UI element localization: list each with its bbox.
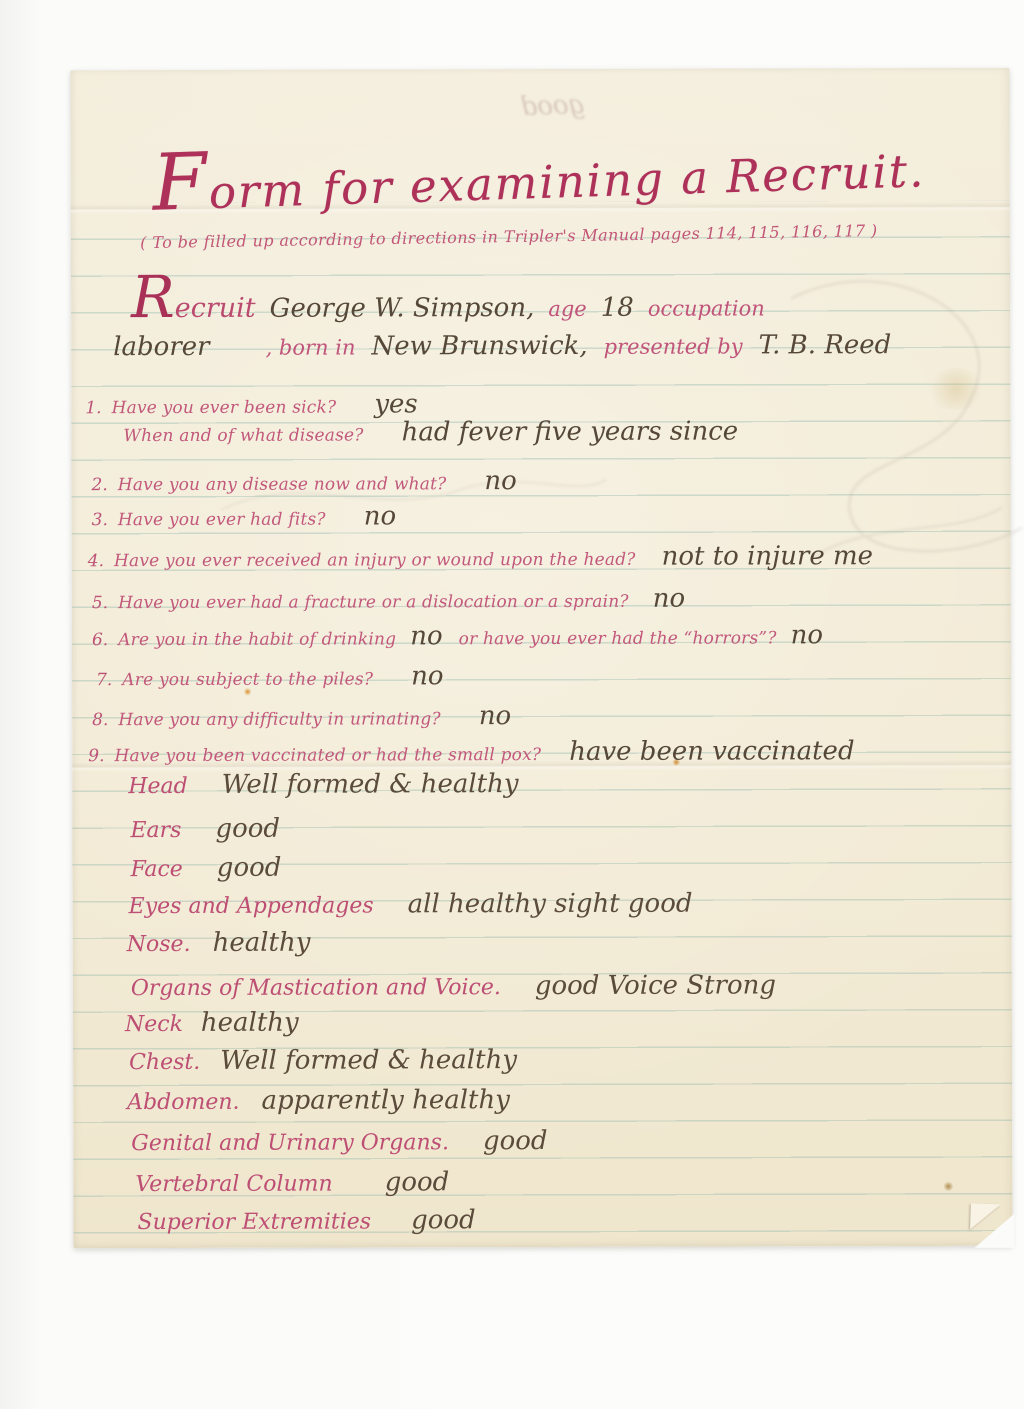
question-answer: no [410,621,442,651]
exam-label: Chest. [129,1050,200,1075]
question-row: When and of what disease? had fever five… [123,416,738,448]
question-row: 5. Have you ever had a fracture or a dis… [92,584,685,616]
question-answer: not to injure me [662,541,874,572]
presenter-value: T. B. Reed [759,330,892,360]
exam-value: good [411,1205,476,1235]
exam-value: good Voice Strong [535,970,776,1001]
question-number: 8. [92,710,108,730]
question-number: 7. [96,670,112,690]
question-prompt: Have you ever had a fracture or a disloc… [118,592,629,613]
question-answer: had fever five years since [402,416,739,447]
exam-label: Ears [130,818,181,843]
question-row: 7. Are you subject to the piles? no [96,661,444,692]
exam-value: Well formed & healthy [222,769,519,800]
exam-value: good [217,853,282,883]
question-row: 8. Have you any difficulty in urinating?… [92,701,511,732]
exam-label: Eyes and Appendages [129,893,374,919]
birthplace-value: New Brunswick, [371,331,587,362]
question-row: 9. Have you been vaccinated or had the s… [88,736,854,768]
question-prompt: Have you been vaccinated or had the smal… [114,745,541,766]
exam-label: Organs of Mastication and Voice. [131,975,501,1001]
question-row: 3. Have you ever had fits? no [92,501,397,532]
question-number: 5. [92,593,108,613]
question-answer: no [653,584,685,614]
question-number: 6. [92,630,108,650]
recruit-name: George W. Simpson, [270,293,535,324]
exam-label: Genital and Urinary Organs. [131,1130,449,1156]
question-prompt: Are you subject to the piles? [122,669,373,690]
question-answer: no [364,501,396,531]
question-prompt: When and of what disease? [123,425,363,446]
question-answer: yes [374,389,418,419]
exam-row-chest: Chest. Well formed & healthy [129,1045,517,1076]
question-prompt: Have you ever received an injury or woun… [114,550,636,571]
age-value: 18 [601,293,634,323]
question-number: 4. [88,551,104,571]
recruit-line-1: Recruit George W. Simpson, age 18 occupa… [131,278,765,324]
age-label: age [548,297,586,321]
question-prompt: Have you ever had fits? [118,510,326,531]
exam-label: Face [131,857,183,882]
question-prompt-2: or have you ever had the “horrors”? [459,628,777,649]
document-subtitle: ( To be filled up according to direction… [99,220,919,253]
exam-value: good [215,814,280,844]
question-number: 9. [88,746,104,766]
document-paper: good Form for examining a Recruit. ( To … [70,68,1012,1248]
question-answer-2: no [791,620,823,650]
question-answer: no [479,701,511,731]
exam-row-superior: Superior Extremities good [137,1205,475,1236]
exam-row-head: Head Well formed & healthy [128,769,518,800]
born-label: , born in [266,335,356,359]
bleed-through-text: good [520,90,586,122]
exam-value: healthy [201,1008,299,1038]
question-number: 3. [92,510,108,530]
exam-value: Well formed & healthy [220,1045,517,1076]
exam-row-eyes: Eyes and Appendages all healthy sight go… [129,889,693,920]
question-prompt: Have you any disease now and what? [118,474,447,495]
exam-row-vertebral: Vertebral Column good [135,1167,449,1198]
recruit-label: Recruit [131,280,256,324]
exam-label: Nose. [127,932,191,957]
exam-row-nose: Nose. healthy [127,928,311,958]
scan-background: good Form for examining a Recruit. ( To … [0,0,1024,1409]
stain-spot [943,1182,953,1191]
exam-row-neck: Neck healthy [125,1008,299,1038]
exam-value: apparently healthy [261,1085,509,1116]
question-answer: no [484,466,516,496]
exam-label: Superior Extremities [137,1209,371,1235]
exam-value: healthy [213,928,311,958]
question-prompt: Have you ever been sick? [112,398,337,419]
folded-corner [970,1203,1001,1230]
exam-label: Head [128,774,187,799]
exam-row-genital: Genital and Urinary Organs. good [131,1126,547,1157]
exam-label: Vertebral Column [135,1172,332,1198]
exam-row-ears: Ears good [130,814,280,844]
question-row: 6. Are you in the habit of drinking no o… [92,620,823,652]
question-number: 2. [92,475,108,495]
exam-row-abdomen: Abdomen. apparently healthy [127,1085,510,1116]
document-title: Form for examining a Recruit. [118,128,960,222]
exam-label: Abdomen. [127,1090,239,1115]
exam-row-face: Face good [131,853,282,883]
stain-spot [926,368,986,410]
exam-row-mastication: Organs of Mastication and Voice. good Vo… [131,970,776,1002]
question-answer: have been vaccinated [569,736,854,767]
exam-value: all healthy sight good [408,889,693,920]
question-row: 2. Have you any disease now and what? no [91,466,516,497]
occupation-value: laborer [113,332,209,362]
exam-value: good [483,1126,548,1156]
question-prompt: Have you any difficulty in urinating? [118,709,440,730]
question-row: 1. Have you ever been sick? yes [85,389,417,420]
recruit-line-2: laborer , born in New Brunswick, present… [113,330,891,362]
question-answer: no [411,661,443,691]
exam-label: Neck [125,1012,183,1037]
question-prompt: Are you in the habit of drinking [118,629,396,650]
presented-by-label: presented by [604,334,743,358]
question-number: 1. [85,398,101,418]
occupation-label: occupation [648,296,765,320]
question-row: 4. Have you ever received an injury or w… [88,541,873,573]
exam-value: good [385,1167,450,1197]
